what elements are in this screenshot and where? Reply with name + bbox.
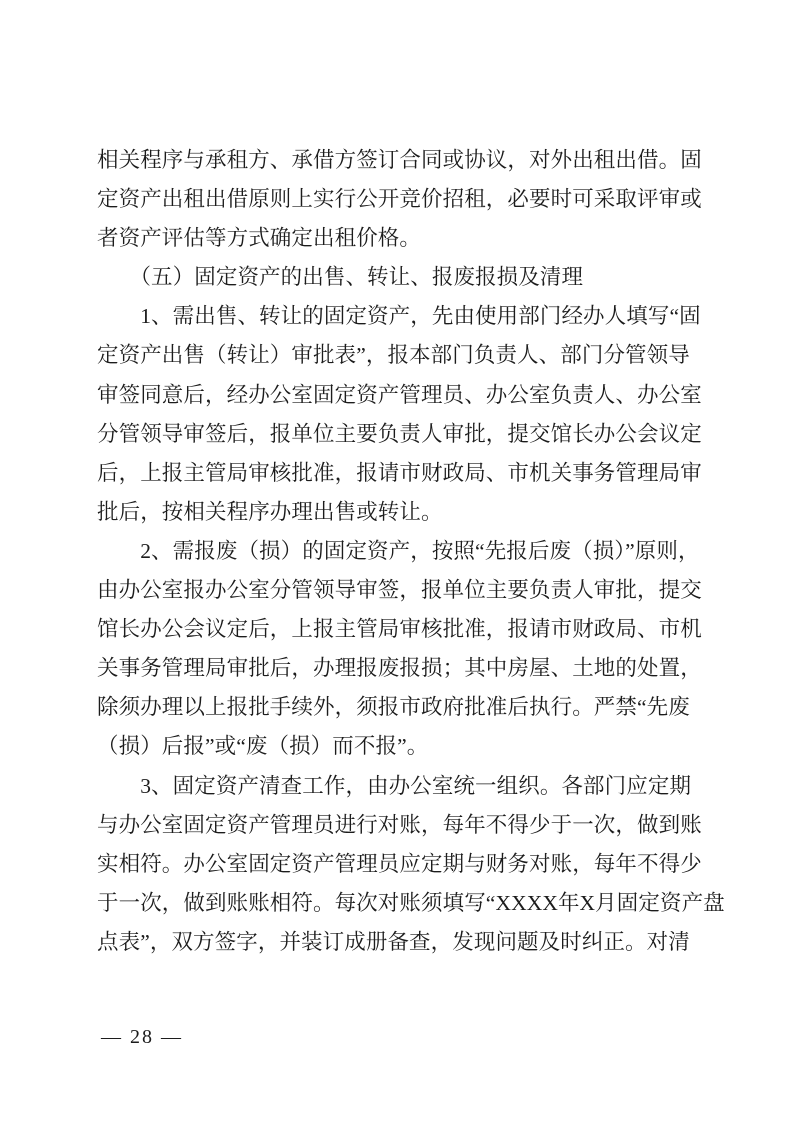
text-line: 馆长办公会议定后，上报主管局审核批准，报请市财政局、市机 <box>97 610 737 649</box>
text-line: 后，上报主管局审核批准，报请市财政局、市机关事务管理局审 <box>97 454 737 493</box>
text-line: 1、需出售、转让的固定资产，先由使用部门经办人填写“固 <box>97 297 737 336</box>
text-line: 与办公室固定资产管理员进行对账，每年不得少于一次，做到账 <box>97 806 737 845</box>
text-line: 点表”，双方签字，并装订成册备查，发现问题及时纠正。对清 <box>97 923 737 962</box>
text-line: 关事务管理局审批后，办理报废报损；其中房屋、土地的处置， <box>97 649 737 688</box>
text-line: 由办公室报办公室分管领导审签，报单位主要负责人审批，提交 <box>97 571 737 610</box>
text-line: 2、需报废（损）的固定资产，按照“先报后废（损）”原则， <box>97 532 737 571</box>
text-line: 实相符。办公室固定资产管理员应定期与财务对账，每年不得少 <box>97 845 737 884</box>
page-number: — 28 — <box>101 1026 183 1049</box>
document-page: 相关程序与承租方、承借方签订合同或协议，对外出租出借。固 定资产出租出借原则上实… <box>0 0 793 1122</box>
text-line: （损）后报”或“废（损）而不报”。 <box>97 727 737 766</box>
body-text: 相关程序与承租方、承借方签订合同或协议，对外出租出借。固 定资产出租出借原则上实… <box>97 141 737 962</box>
text-line: 审签同意后，经办公室固定资产管理员、办公室负责人、办公室 <box>97 376 737 415</box>
text-line: 分管领导审签后，报单位主要负责人审批，提交馆长办公会议定 <box>97 415 737 454</box>
text-line: 批后，按相关程序办理出售或转让。 <box>97 493 737 532</box>
text-line: 除须办理以上报批手续外，须报市政府批准后执行。严禁“先废 <box>97 688 737 727</box>
text-line: 者资产评估等方式确定出租价格。 <box>97 219 737 258</box>
text-line: 相关程序与承租方、承借方签订合同或协议，对外出租出借。固 <box>97 141 737 180</box>
text-line: 定资产出租出借原则上实行公开竞价招租，必要时可采取评审或 <box>97 180 737 219</box>
text-line-section-heading: （五）固定资产的出售、转让、报废报损及清理 <box>97 258 737 297</box>
text-line: 于一次，做到账账相符。每次对账须填写“XXXX年X月固定资产盘 <box>97 884 737 923</box>
text-line: 3、固定资产清查工作，由办公室统一组织。各部门应定期 <box>97 767 737 806</box>
text-line: 定资产出售（转让）审批表”，报本部门负责人、部门分管领导 <box>97 336 737 375</box>
